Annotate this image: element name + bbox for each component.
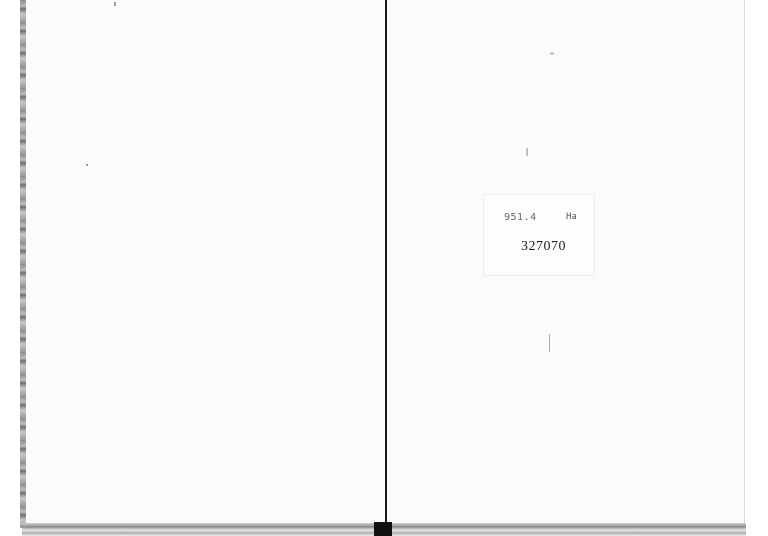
accession-number: 327070: [521, 239, 566, 255]
spine-shadow: [374, 522, 392, 536]
book-spread: 951.4 Ha 327070: [0, 0, 768, 536]
left-page: [26, 0, 385, 526]
scan-speck: [550, 52, 554, 55]
author-mark: Ha: [566, 212, 577, 222]
scan-speck: [526, 148, 528, 156]
scan-speck: [114, 2, 116, 6]
library-label: 951.4 Ha 327070: [483, 194, 595, 276]
scan-speck: [86, 164, 88, 166]
scan-speck: [549, 334, 550, 352]
classification-number: 951.4: [504, 212, 537, 223]
gutter-line: [385, 0, 387, 526]
